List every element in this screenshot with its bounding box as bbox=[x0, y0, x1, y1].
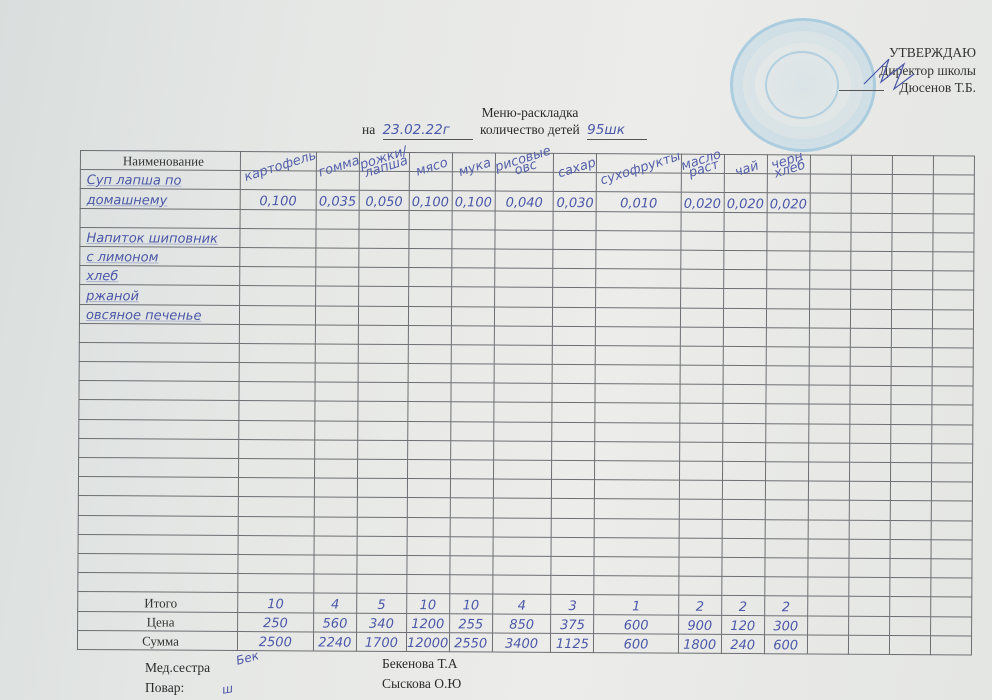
quantity-cell[interactable] bbox=[849, 443, 890, 462]
quantity-cell[interactable] bbox=[495, 211, 554, 231]
quantity-cell[interactable] bbox=[678, 576, 721, 595]
quantity-cell[interactable] bbox=[239, 401, 315, 421]
quantity-cell[interactable] bbox=[359, 248, 409, 267]
quantity-cell[interactable] bbox=[679, 538, 722, 557]
price-cell[interactable]: 1200 bbox=[406, 613, 449, 632]
price-cell[interactable] bbox=[889, 616, 930, 635]
quantity-cell[interactable] bbox=[680, 269, 723, 288]
quantity-cell[interactable] bbox=[890, 501, 931, 520]
quantity-cell[interactable] bbox=[851, 194, 892, 213]
quantity-cell[interactable] bbox=[808, 558, 849, 577]
quantity-cell[interactable] bbox=[595, 384, 679, 404]
quantity-cell[interactable] bbox=[451, 287, 494, 306]
sum-cell[interactable] bbox=[889, 635, 930, 654]
dish-name-cell[interactable] bbox=[79, 419, 239, 439]
quantity-cell[interactable] bbox=[596, 346, 680, 366]
quantity-cell[interactable] bbox=[596, 269, 680, 289]
ingredient-header[interactable] bbox=[851, 155, 892, 174]
quantity-cell[interactable] bbox=[240, 228, 316, 248]
quantity-cell[interactable] bbox=[809, 385, 850, 404]
quantity-cell[interactable] bbox=[809, 308, 850, 327]
quantity-cell[interactable] bbox=[408, 325, 451, 344]
quantity-cell[interactable] bbox=[493, 441, 552, 461]
quantity-cell[interactable] bbox=[931, 501, 972, 520]
quantity-cell[interactable] bbox=[723, 346, 766, 365]
quantity-cell[interactable] bbox=[316, 210, 359, 229]
quantity-cell[interactable] bbox=[679, 500, 722, 519]
quantity-cell[interactable] bbox=[596, 288, 680, 308]
quantity-cell[interactable]: 0,020 bbox=[724, 193, 767, 212]
quantity-cell[interactable] bbox=[681, 212, 724, 231]
quantity-cell[interactable] bbox=[239, 420, 315, 440]
quantity-cell[interactable] bbox=[680, 250, 723, 269]
quantity-cell[interactable] bbox=[892, 175, 933, 194]
quantity-cell[interactable] bbox=[358, 402, 408, 421]
quantity-cell[interactable] bbox=[492, 575, 551, 595]
quantity-cell[interactable] bbox=[407, 555, 450, 574]
quantity-cell[interactable] bbox=[807, 577, 848, 596]
quantity-cell[interactable] bbox=[450, 479, 493, 498]
quantity-cell[interactable] bbox=[723, 270, 766, 289]
sum-cell[interactable]: 600 bbox=[594, 633, 678, 653]
quantity-cell[interactable] bbox=[552, 384, 595, 403]
quantity-cell[interactable] bbox=[359, 267, 409, 286]
quantity-cell[interactable] bbox=[315, 363, 358, 382]
quantity-cell[interactable] bbox=[315, 286, 358, 305]
dish-name-cell[interactable]: ржаной bbox=[80, 285, 240, 305]
quantity-cell[interactable]: 0,010 bbox=[597, 192, 681, 212]
quantity-cell[interactable] bbox=[494, 345, 553, 365]
quantity-cell[interactable] bbox=[315, 382, 358, 401]
quantity-cell[interactable] bbox=[890, 443, 931, 462]
quantity-cell[interactable] bbox=[931, 520, 972, 539]
quantity-cell[interactable] bbox=[408, 306, 451, 325]
quantity-cell[interactable] bbox=[932, 386, 973, 405]
quantity-cell[interactable] bbox=[680, 346, 723, 365]
quantity-cell[interactable] bbox=[850, 270, 891, 289]
quantity-cell[interactable] bbox=[767, 212, 810, 231]
quantity-cell[interactable] bbox=[931, 539, 972, 558]
quantity-cell[interactable] bbox=[850, 347, 891, 366]
quantity-cell[interactable] bbox=[722, 461, 765, 480]
total-cell[interactable] bbox=[807, 596, 848, 615]
quantity-cell[interactable] bbox=[931, 463, 972, 482]
quantity-cell[interactable] bbox=[932, 348, 973, 367]
quantity-cell[interactable] bbox=[407, 440, 450, 459]
quantity-cell[interactable] bbox=[890, 462, 931, 481]
quantity-cell[interactable] bbox=[596, 326, 680, 346]
children-count-field[interactable]: 95шк bbox=[587, 122, 647, 140]
quantity-cell[interactable] bbox=[809, 251, 850, 270]
quantity-cell[interactable] bbox=[679, 423, 722, 442]
quantity-cell[interactable] bbox=[494, 402, 553, 422]
quantity-cell[interactable] bbox=[890, 558, 931, 577]
quantity-cell[interactable] bbox=[890, 424, 931, 443]
quantity-cell[interactable] bbox=[891, 251, 932, 270]
quantity-cell[interactable] bbox=[450, 517, 493, 536]
quantity-cell[interactable] bbox=[359, 210, 409, 229]
quantity-cell[interactable] bbox=[891, 328, 932, 347]
ingredient-header[interactable] bbox=[933, 156, 974, 175]
quantity-cell[interactable] bbox=[931, 482, 972, 501]
sum-cell[interactable]: 1125 bbox=[551, 633, 594, 652]
quantity-cell[interactable] bbox=[314, 421, 357, 440]
quantity-cell[interactable] bbox=[551, 576, 594, 595]
quantity-cell[interactable] bbox=[239, 439, 315, 459]
quantity-cell[interactable] bbox=[595, 461, 679, 481]
quantity-cell[interactable] bbox=[451, 325, 494, 344]
quantity-cell[interactable] bbox=[808, 424, 849, 443]
quantity-cell[interactable] bbox=[406, 575, 449, 594]
quantity-cell[interactable] bbox=[451, 402, 494, 421]
quantity-cell[interactable] bbox=[358, 306, 408, 325]
quantity-cell[interactable] bbox=[238, 535, 314, 555]
quantity-cell[interactable] bbox=[552, 460, 595, 479]
total-cell[interactable]: 10 bbox=[406, 594, 449, 613]
quantity-cell[interactable] bbox=[849, 501, 890, 520]
quantity-cell[interactable] bbox=[724, 212, 767, 231]
quantity-cell[interactable] bbox=[766, 308, 809, 327]
quantity-cell[interactable] bbox=[551, 537, 594, 556]
quantity-cell[interactable] bbox=[493, 460, 552, 480]
dish-name-cell[interactable]: Напиток шиповник bbox=[80, 227, 240, 247]
dish-name-cell[interactable]: с лимоном bbox=[80, 246, 240, 266]
quantity-cell[interactable] bbox=[595, 422, 679, 442]
quantity-cell[interactable] bbox=[553, 230, 596, 249]
quantity-cell[interactable] bbox=[493, 537, 552, 557]
dish-name-cell[interactable] bbox=[79, 323, 239, 343]
sum-cell[interactable]: 600 bbox=[764, 634, 807, 653]
quantity-cell[interactable] bbox=[809, 347, 850, 366]
quantity-cell[interactable] bbox=[596, 230, 680, 250]
quantity-cell[interactable] bbox=[239, 363, 315, 383]
dish-name-cell[interactable]: овсяное печенье bbox=[79, 304, 239, 324]
dish-name-cell[interactable] bbox=[79, 362, 239, 382]
price-cell[interactable]: 560 bbox=[313, 612, 356, 631]
quantity-cell[interactable] bbox=[595, 499, 679, 519]
price-cell[interactable]: 250 bbox=[238, 612, 314, 632]
quantity-cell[interactable] bbox=[238, 478, 314, 498]
dish-name-cell[interactable] bbox=[79, 438, 239, 458]
dish-name-cell[interactable] bbox=[78, 573, 238, 593]
quantity-cell[interactable] bbox=[933, 194, 974, 213]
quantity-cell[interactable] bbox=[493, 518, 552, 538]
quantity-cell[interactable] bbox=[932, 271, 973, 290]
quantity-cell[interactable] bbox=[315, 305, 358, 324]
sum-cell[interactable]: 1800 bbox=[678, 634, 721, 653]
quantity-cell[interactable] bbox=[721, 577, 764, 596]
quantity-cell[interactable] bbox=[766, 366, 809, 385]
total-cell[interactable]: 2 bbox=[764, 596, 807, 615]
price-cell[interactable]: 255 bbox=[449, 613, 492, 632]
quantity-cell[interactable] bbox=[891, 367, 932, 386]
total-cell[interactable]: 2 bbox=[721, 596, 764, 615]
price-cell[interactable]: 375 bbox=[551, 614, 594, 633]
dish-name-cell[interactable]: хлеб bbox=[80, 266, 240, 286]
quantity-cell[interactable] bbox=[314, 478, 357, 497]
quantity-cell[interactable] bbox=[239, 382, 315, 402]
quantity-cell[interactable] bbox=[933, 175, 974, 194]
quantity-cell[interactable] bbox=[595, 480, 679, 500]
dish-name-cell[interactable] bbox=[79, 381, 239, 401]
quantity-cell[interactable] bbox=[849, 424, 890, 443]
quantity-cell[interactable] bbox=[495, 230, 554, 250]
quantity-cell[interactable] bbox=[358, 440, 408, 459]
quantity-cell[interactable] bbox=[891, 271, 932, 290]
quantity-cell[interactable] bbox=[809, 366, 850, 385]
quantity-cell[interactable] bbox=[407, 479, 450, 498]
quantity-cell[interactable] bbox=[723, 308, 766, 327]
quantity-cell[interactable] bbox=[552, 499, 595, 518]
quantity-cell[interactable] bbox=[450, 421, 493, 440]
quantity-cell[interactable] bbox=[595, 365, 679, 385]
quantity-cell[interactable] bbox=[891, 347, 932, 366]
quantity-cell[interactable] bbox=[808, 404, 849, 423]
quantity-cell[interactable] bbox=[451, 306, 494, 325]
quantity-cell[interactable] bbox=[892, 194, 933, 213]
quantity-cell[interactable] bbox=[408, 344, 451, 363]
quantity-cell[interactable] bbox=[891, 309, 932, 328]
quantity-cell[interactable] bbox=[766, 347, 809, 366]
quantity-cell[interactable] bbox=[494, 268, 553, 288]
quantity-cell[interactable] bbox=[679, 461, 722, 480]
quantity-cell[interactable] bbox=[680, 384, 723, 403]
quantity-cell[interactable] bbox=[932, 252, 973, 271]
price-cell[interactable]: 120 bbox=[721, 615, 764, 634]
quantity-cell[interactable] bbox=[679, 557, 722, 576]
quantity-cell[interactable] bbox=[932, 309, 973, 328]
quantity-cell[interactable] bbox=[890, 482, 931, 501]
quantity-cell[interactable] bbox=[891, 290, 932, 309]
quantity-cell[interactable] bbox=[765, 443, 808, 462]
quantity-cell[interactable] bbox=[450, 537, 493, 556]
quantity-cell[interactable] bbox=[553, 345, 596, 364]
quantity-cell[interactable] bbox=[553, 326, 596, 345]
quantity-cell[interactable] bbox=[889, 578, 930, 597]
quantity-cell[interactable] bbox=[494, 287, 553, 307]
quantity-cell[interactable] bbox=[766, 385, 809, 404]
quantity-cell[interactable] bbox=[239, 343, 315, 363]
quantity-cell[interactable] bbox=[809, 328, 850, 347]
quantity-cell[interactable] bbox=[850, 309, 891, 328]
quantity-cell[interactable] bbox=[596, 250, 680, 270]
dish-name-cell[interactable] bbox=[79, 342, 239, 362]
quantity-cell[interactable] bbox=[493, 422, 552, 442]
quantity-cell[interactable] bbox=[851, 174, 892, 193]
quantity-cell[interactable] bbox=[450, 460, 493, 479]
quantity-cell[interactable] bbox=[596, 211, 680, 231]
quantity-cell[interactable] bbox=[810, 174, 851, 193]
price-cell[interactable] bbox=[930, 616, 971, 635]
quantity-cell[interactable] bbox=[850, 385, 891, 404]
quantity-cell[interactable] bbox=[451, 364, 494, 383]
quantity-cell[interactable] bbox=[891, 386, 932, 405]
dish-name-cell[interactable]: домашнему bbox=[80, 189, 240, 209]
quantity-cell[interactable] bbox=[409, 210, 452, 229]
quantity-cell[interactable] bbox=[314, 555, 357, 574]
quantity-cell[interactable] bbox=[357, 478, 407, 497]
quantity-cell[interactable] bbox=[314, 440, 357, 459]
sum-cell[interactable]: 1700 bbox=[357, 632, 407, 651]
quantity-cell[interactable] bbox=[450, 441, 493, 460]
total-cell[interactable]: 5 bbox=[357, 594, 407, 613]
quantity-cell[interactable] bbox=[679, 480, 722, 499]
quantity-cell[interactable] bbox=[931, 424, 972, 443]
quantity-cell[interactable] bbox=[357, 574, 407, 593]
quantity-cell[interactable] bbox=[765, 558, 808, 577]
quantity-cell[interactable] bbox=[680, 404, 723, 423]
quantity-cell[interactable] bbox=[808, 443, 849, 462]
quantity-cell[interactable] bbox=[239, 458, 315, 478]
quantity-cell[interactable] bbox=[765, 500, 808, 519]
quantity-cell[interactable] bbox=[238, 574, 314, 594]
quantity-cell[interactable] bbox=[315, 401, 358, 420]
quantity-cell[interactable] bbox=[452, 210, 495, 229]
quantity-cell[interactable] bbox=[313, 574, 356, 593]
quantity-cell[interactable] bbox=[850, 328, 891, 347]
quantity-cell[interactable] bbox=[553, 288, 596, 307]
quantity-cell[interactable] bbox=[850, 290, 891, 309]
quantity-cell[interactable] bbox=[552, 364, 595, 383]
quantity-cell[interactable] bbox=[722, 442, 765, 461]
total-cell[interactable]: 2 bbox=[678, 595, 721, 614]
sum-cell[interactable]: 3400 bbox=[492, 633, 551, 653]
quantity-cell[interactable] bbox=[809, 289, 850, 308]
quantity-cell[interactable] bbox=[596, 307, 680, 327]
quantity-cell[interactable] bbox=[850, 251, 891, 270]
quantity-cell[interactable] bbox=[892, 232, 933, 251]
ingredient-header[interactable] bbox=[810, 155, 851, 174]
price-cell[interactable] bbox=[848, 616, 889, 635]
quantity-cell[interactable] bbox=[551, 556, 594, 575]
quantity-cell[interactable] bbox=[810, 213, 851, 232]
quantity-cell[interactable]: 0,050 bbox=[359, 191, 409, 210]
quantity-cell[interactable] bbox=[765, 538, 808, 557]
quantity-cell[interactable] bbox=[890, 405, 931, 424]
quantity-cell[interactable] bbox=[680, 327, 723, 346]
quantity-cell[interactable] bbox=[408, 268, 451, 287]
date-field[interactable]: 23.02.22г bbox=[383, 122, 473, 140]
quantity-cell[interactable] bbox=[408, 402, 451, 421]
quantity-cell[interactable] bbox=[359, 229, 409, 248]
quantity-cell[interactable]: 0,100 bbox=[240, 190, 316, 210]
total-cell[interactable]: 3 bbox=[551, 595, 594, 614]
quantity-cell[interactable] bbox=[494, 326, 553, 346]
price-cell[interactable]: 340 bbox=[357, 613, 407, 632]
quantity-cell[interactable] bbox=[933, 232, 974, 251]
quantity-cell[interactable] bbox=[450, 498, 493, 517]
quantity-cell[interactable] bbox=[553, 211, 596, 230]
dish-name-cell[interactable] bbox=[79, 457, 239, 477]
quantity-cell[interactable] bbox=[407, 536, 450, 555]
quantity-cell[interactable] bbox=[493, 479, 552, 499]
quantity-cell[interactable] bbox=[723, 289, 766, 308]
quantity-cell[interactable] bbox=[809, 270, 850, 289]
quantity-cell[interactable] bbox=[722, 557, 765, 576]
quantity-cell[interactable] bbox=[358, 344, 408, 363]
quantity-cell[interactable] bbox=[849, 558, 890, 577]
total-cell[interactable]: 1 bbox=[594, 595, 678, 615]
quantity-cell[interactable] bbox=[407, 421, 450, 440]
quantity-cell[interactable] bbox=[494, 383, 553, 403]
quantity-cell[interactable] bbox=[238, 497, 314, 517]
quantity-cell[interactable] bbox=[722, 538, 765, 557]
quantity-cell[interactable] bbox=[314, 536, 357, 555]
quantity-cell[interactable] bbox=[240, 286, 316, 306]
quantity-cell[interactable] bbox=[314, 459, 357, 478]
quantity-cell[interactable] bbox=[358, 382, 408, 401]
quantity-cell[interactable] bbox=[849, 539, 890, 558]
sum-cell[interactable] bbox=[807, 635, 848, 654]
quantity-cell[interactable] bbox=[553, 307, 596, 326]
total-cell[interactable]: 4 bbox=[492, 594, 551, 614]
total-cell[interactable] bbox=[930, 597, 971, 616]
quantity-cell[interactable] bbox=[238, 554, 314, 574]
quantity-cell[interactable] bbox=[493, 498, 552, 518]
quantity-cell[interactable] bbox=[810, 232, 851, 251]
quantity-cell[interactable] bbox=[315, 267, 358, 286]
quantity-cell[interactable] bbox=[932, 290, 973, 309]
quantity-cell[interactable] bbox=[808, 462, 849, 481]
quantity-cell[interactable]: 0,035 bbox=[316, 190, 359, 209]
quantity-cell[interactable] bbox=[849, 405, 890, 424]
sum-cell[interactable]: 12000 bbox=[406, 632, 449, 651]
price-cell[interactable]: 600 bbox=[594, 614, 678, 634]
quantity-cell[interactable] bbox=[407, 517, 450, 536]
quantity-cell[interactable] bbox=[493, 556, 552, 576]
quantity-cell[interactable] bbox=[765, 481, 808, 500]
quantity-cell[interactable] bbox=[357, 555, 407, 574]
quantity-cell[interactable] bbox=[723, 404, 766, 423]
sum-cell[interactable] bbox=[848, 635, 889, 654]
quantity-cell[interactable] bbox=[315, 344, 358, 363]
quantity-cell[interactable] bbox=[451, 383, 494, 402]
price-cell[interactable]: 300 bbox=[764, 615, 807, 634]
quantity-cell[interactable] bbox=[494, 364, 553, 384]
quantity-cell[interactable] bbox=[680, 365, 723, 384]
sum-cell[interactable]: 2240 bbox=[313, 632, 356, 651]
nurse-signature[interactable]: Бек bbox=[235, 648, 261, 667]
price-cell[interactable]: 850 bbox=[492, 614, 551, 634]
quantity-cell[interactable] bbox=[494, 249, 553, 269]
dish-name-cell[interactable] bbox=[78, 496, 238, 516]
quantity-cell[interactable] bbox=[358, 363, 408, 382]
quantity-cell[interactable] bbox=[850, 366, 891, 385]
dish-name-cell[interactable] bbox=[78, 553, 238, 573]
quantity-cell[interactable] bbox=[681, 231, 724, 250]
quantity-cell[interactable] bbox=[552, 403, 595, 422]
quantity-cell[interactable]: 0,040 bbox=[495, 191, 554, 211]
quantity-cell[interactable] bbox=[931, 559, 972, 578]
quantity-cell[interactable] bbox=[358, 421, 408, 440]
total-cell[interactable] bbox=[889, 597, 930, 616]
quantity-cell[interactable] bbox=[766, 270, 809, 289]
quantity-cell[interactable] bbox=[767, 231, 810, 250]
quantity-cell[interactable] bbox=[494, 307, 553, 327]
dish-name-cell[interactable] bbox=[78, 477, 238, 497]
sum-cell[interactable]: 240 bbox=[721, 634, 764, 653]
quantity-cell[interactable] bbox=[931, 444, 972, 463]
quantity-cell[interactable] bbox=[238, 516, 314, 536]
quantity-cell[interactable] bbox=[315, 325, 358, 344]
quantity-cell[interactable] bbox=[766, 327, 809, 346]
quantity-cell[interactable] bbox=[314, 497, 357, 516]
quantity-cell[interactable] bbox=[765, 404, 808, 423]
price-cell[interactable] bbox=[807, 615, 848, 634]
price-cell[interactable]: 900 bbox=[678, 615, 721, 634]
quantity-cell[interactable] bbox=[931, 405, 972, 424]
quantity-cell[interactable] bbox=[408, 364, 451, 383]
